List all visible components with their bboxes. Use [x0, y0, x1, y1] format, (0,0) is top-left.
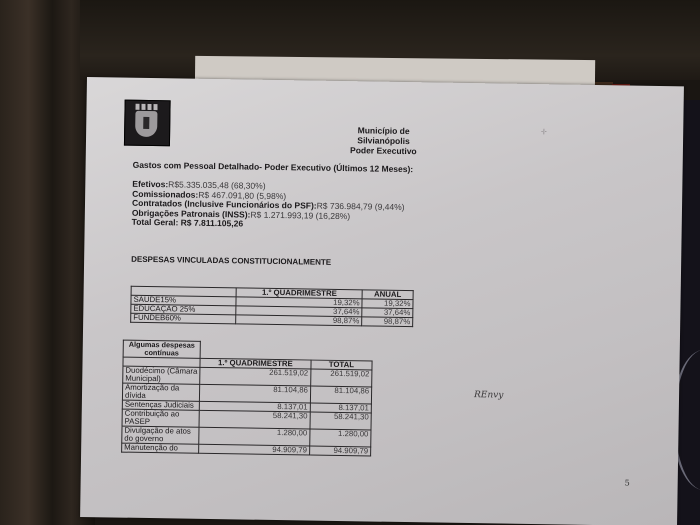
document-page: Município de Silvianópolis Poder Executi… — [80, 77, 684, 525]
constitutional-title: DESPESAS VINCULADAS CONSTITUCIONALMENTE — [131, 255, 331, 267]
document-header: Município de Silvianópolis Poder Executi… — [336, 125, 431, 156]
continuous-title: Algumas despesas contínuas — [123, 340, 200, 358]
branch-name: Poder Executivo — [336, 145, 431, 156]
constitutional-table: 1.º QUADRIMESTRE ANUAL SAUDE15% 19,32% 1… — [130, 286, 414, 327]
table-row: Manutenção do 94.909,79 94.909,79 — [122, 443, 371, 456]
page-number: 5 — [625, 478, 630, 487]
corner-mark: -|- — [541, 129, 547, 135]
personnel-title: Gastos com Pessoal Detalhado- Poder Exec… — [133, 160, 414, 174]
continuous-expenses-table: Algumas despesas contínuas 1.º QUADRIMES… — [121, 340, 373, 457]
personnel-list: Efetivos:R$5.335.035,48 (68,30%) Comissi… — [132, 180, 405, 232]
municipality-name: Município de Silvianópolis — [336, 125, 431, 146]
handwritten-signature: REnvy — [474, 390, 503, 400]
coat-of-arms-icon — [124, 100, 171, 147]
